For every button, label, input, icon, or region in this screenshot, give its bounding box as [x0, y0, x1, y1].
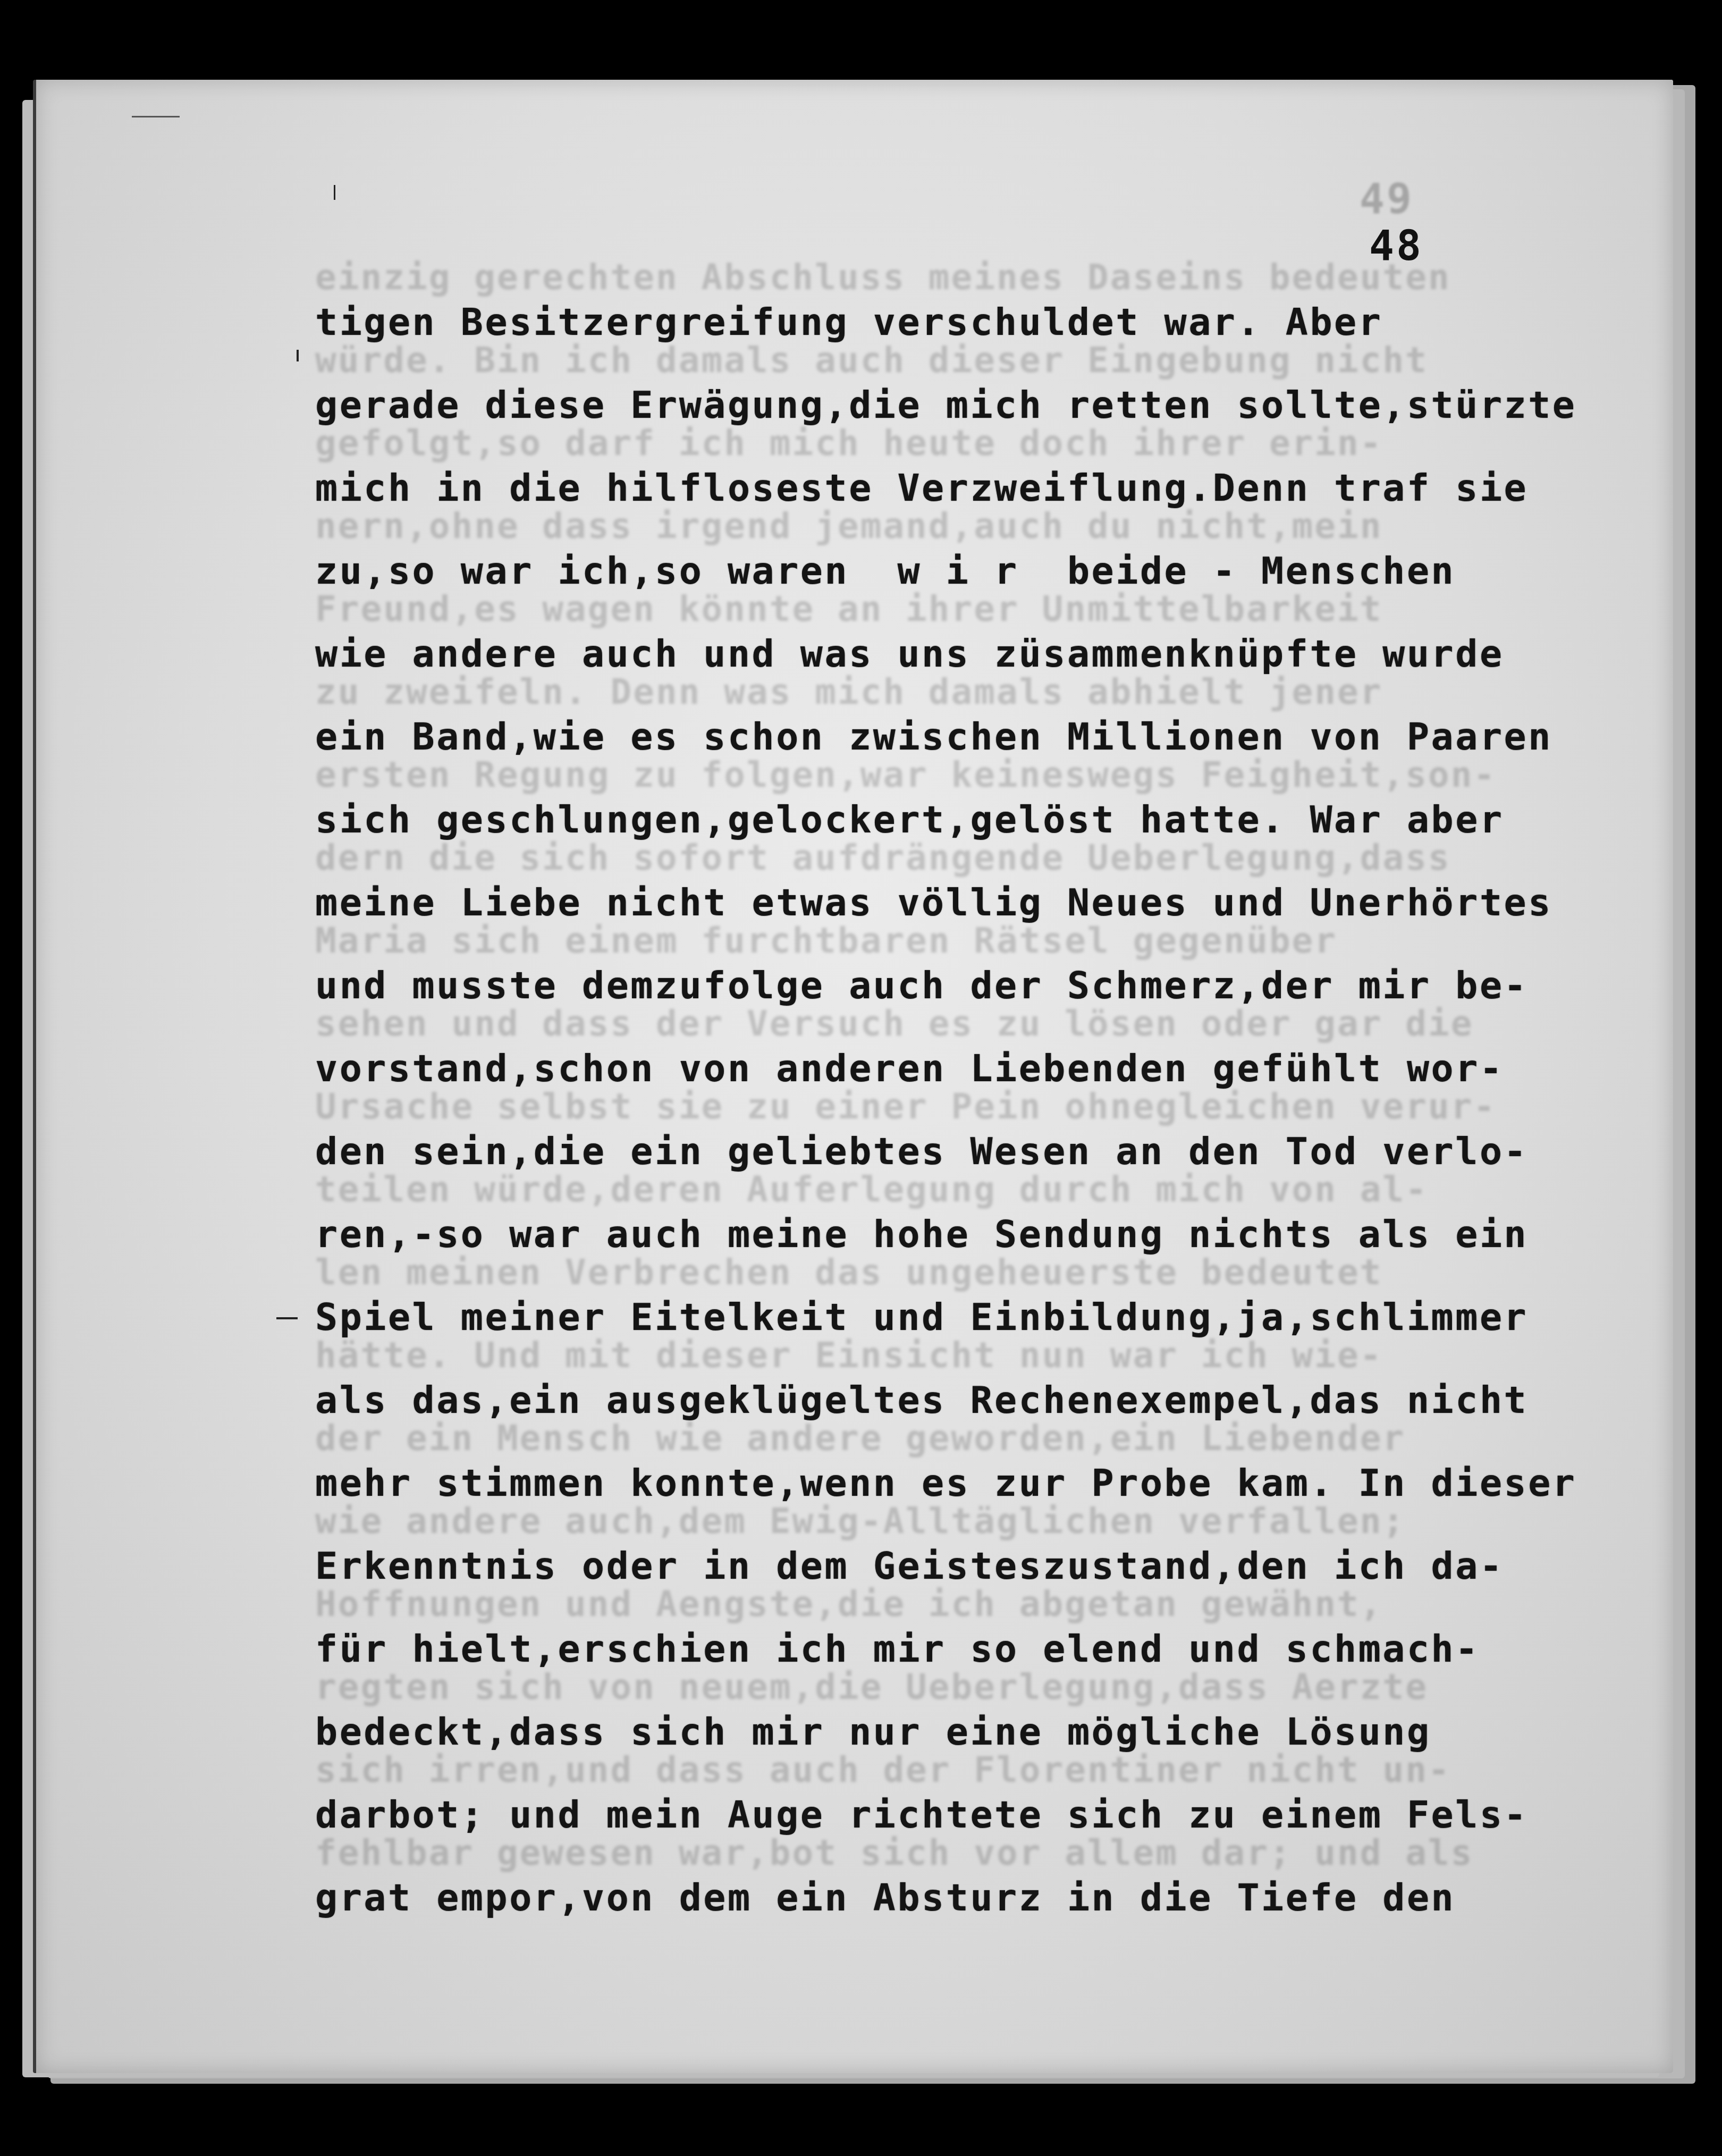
bleed-through-line: Freund,es wagen könnte an ihrer Unmittel…: [315, 588, 1383, 629]
typed-line: für hielt,erschien ich mir so elend und …: [315, 1627, 1480, 1671]
typed-line: den sein,die ein geliebtes Wesen an den …: [315, 1130, 1528, 1173]
bleed-through-line: Maria sich einem furchtbaren Rätsel gege…: [315, 920, 1337, 961]
typed-line: als das,ein ausgeklügeltes Rechenexempel…: [315, 1378, 1528, 1422]
stray-mark: [334, 185, 335, 200]
bleed-through-line: nern,ohne dass irgend jemand,auch du nic…: [315, 506, 1383, 546]
bleed-through-line: len meinen Verbrechen das ungeheuerste b…: [315, 1252, 1383, 1293]
margin-dash: [276, 1317, 298, 1319]
bleed-through-line: ersten Regung zu folgen,war keineswegs F…: [315, 754, 1496, 795]
text-line: fehlbar gewesen war,bot sich vor allem d…: [315, 1876, 1676, 1959]
typed-line: grat empor,von dem ein Absturz in die Ti…: [315, 1876, 1455, 1919]
margin-tick: [297, 350, 299, 361]
typed-line: darbot; und mein Auge richtete sich zu e…: [315, 1793, 1528, 1837]
typed-line: vorstand,schon von anderen Liebenden gef…: [315, 1047, 1504, 1090]
stray-mark: [132, 116, 180, 117]
typed-line: gerade diese Erwägung,die mich retten so…: [315, 383, 1576, 427]
typed-line: mich in die hilfloseste Verzweiflung.Den…: [315, 466, 1528, 510]
bleed-through-line: Hoffnungen und Aengste,die ich abgetan g…: [315, 1584, 1383, 1624]
typed-line: bedeckt,dass sich mir nur eine mögliche …: [315, 1710, 1431, 1754]
bleed-through-line: Ursache selbst sie zu einer Pein ohnegle…: [315, 1086, 1496, 1127]
bleed-through-line: teilen würde,deren Auferlegung durch mic…: [315, 1169, 1428, 1210]
bleed-through-line: sehen und dass der Versuch es zu lösen o…: [315, 1003, 1474, 1044]
bleed-through-line: zu zweifeln. Denn was mich damals abhiel…: [315, 671, 1383, 712]
typed-line: Erkenntnis oder in dem Geisteszustand,de…: [315, 1544, 1504, 1588]
bleed-through-line: regten sich von neuem,die Ueberlegung,da…: [315, 1666, 1428, 1707]
bleed-through-line: einzig gerechten Abschluss meines Dasein…: [315, 257, 1451, 298]
typed-line: wie andere auch und was uns züsammenknüp…: [315, 632, 1504, 676]
bleed-through-line: hätte. Und mit dieser Einsicht nun war i…: [315, 1335, 1383, 1376]
typed-line: Spiel meiner Eitelkeit und Einbildung,ja…: [315, 1295, 1528, 1339]
bleed-through-line: wie andere auch,dem Ewig-Alltäglichen ve…: [315, 1501, 1405, 1542]
bleed-through-line: dern die sich sofort aufdrängende Ueberl…: [315, 837, 1451, 878]
typed-line: ein Band,wie es schon zwischen Millionen…: [315, 715, 1552, 759]
typewritten-page: 49 48 einzig gerechten Abschluss meines …: [33, 80, 1673, 2073]
typed-line: ren,-so war auch meine hohe Sendung nich…: [315, 1212, 1528, 1256]
bleed-through-line: würde. Bin ich damals auch dieser Eingeb…: [315, 340, 1428, 381]
typed-line: und musste demzufolge auch der Schmerz,d…: [315, 964, 1528, 1007]
typed-line: meine Liebe nicht etwas völlig Neues und…: [315, 881, 1552, 924]
typed-line: tigen Besitzergreifung verschuldet war. …: [315, 300, 1382, 344]
typed-line: mehr stimmen konnte,wenn es zur Probe ka…: [315, 1461, 1576, 1505]
typed-line: sich geschlungen,gelockert,gelöst hatte.…: [315, 798, 1504, 841]
bleed-through-line: fehlbar gewesen war,bot sich vor allem d…: [315, 1832, 1474, 1873]
bleed-through-line: sich irren,und dass auch der Florentiner…: [315, 1749, 1451, 1790]
bleed-through-line: der ein Mensch wie andere geworden,ein L…: [315, 1418, 1405, 1459]
bleed-through-line: gefolgt,so darf ich mich heute doch ihre…: [315, 423, 1383, 464]
typed-line: zu,so war ich,so waren w i r beide - Men…: [315, 549, 1455, 593]
text-body: einzig gerechten Abschluss meines Dasein…: [315, 300, 1676, 1959]
page-number-bleed-through: 49: [1360, 175, 1414, 223]
